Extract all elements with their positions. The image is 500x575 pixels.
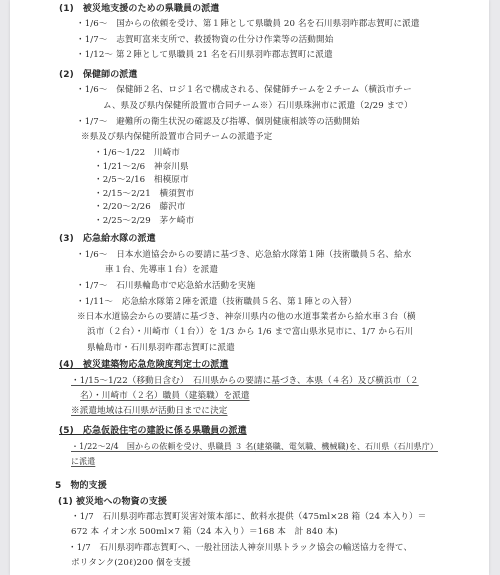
section-1-item: ・1/12～ 第２陣として県職員 21 名を石川県羽咋郡志賀町に派遣 [76,49,333,61]
schedule-item: ・1/21～2/6 神奈川県 [94,161,189,173]
schedule-item: ・2/15～2/21 横須賀市 [94,188,194,200]
document-page: (1) 被災地支援のための県職員の派遣 ・1/6～ 国からの依頼を受け、第１陣と… [10,0,489,575]
schedule-item: ・2/20～2/26 藤沢市 [94,201,186,213]
schedule-item: ・2/5～2/16 相模原市 [94,174,189,186]
section-2-item: ・1/7～ 避難所の衛生状況の確認及び指導、個別健康相談等の活動開始 [76,116,360,128]
section-3-note-continued: 県輪島市・石川県羽咋郡志賀町に派遣 [87,342,235,354]
section-5-heading: (5) 応急仮設住宅の建設に係る県職員の派遣 [59,425,247,437]
section-1-item: ・1/7～ 志賀町富来支所で、救援物資の仕分け作業等の活動開始 [76,34,333,46]
schedule-item: ・2/25～2/29 茅ケ崎市 [94,215,194,227]
section-3-item-continued: 車１台、先導車１台）を派遣 [105,264,218,276]
section-3-note: ※日本水道協会からの要請に基づき、神奈川県内の他の水道事業者から給水車３台（横 [77,311,416,323]
section-1-heading: (1) 被災地支援のための県職員の派遣 [59,3,219,15]
schedule-item: ・1/6～1/22 川崎市 [94,147,180,159]
section-4-note: ※派遣地域は石川県が活動日までに決定 [71,405,228,417]
section-3-note-continued: 浜市（２台）・川崎市（１台））を 1/3 から 1/6 まで富山県氷見市に、1/… [87,326,413,338]
section-5-item-continued: に派遣 [71,456,95,468]
section-3-item: ・1/11～ 応急給水隊第２陣を派遣（技術職員５名、第１陣との入替） [76,296,357,308]
section-2-item-continued: ム、県及び県内保健所設置市合同チーム※）石川県珠洲市に派遣（2/29 まで） [103,100,413,112]
section-2-heading: (2) 保健師の派遣 [59,69,138,81]
section-5-item: ・1/22～2/4 国からの依頼を受け、県職員 ３ 名(建築職、電気職、機械職)… [71,441,438,453]
section-1-item: ・1/6～ 国からの依頼を受け、第１陣として県職員 20 名を石川県羽咋郡志賀町… [76,18,420,30]
chapter-5-item: ・1/7 石川県羽咋郡志賀町へ、一般社団法人神奈川県トラック協会の輸送協力を得て… [68,542,412,554]
section-4-item-continued: 名）・川崎市（２名）職員（建築職）を派遣 [80,390,250,402]
chapter-5-item-continued: ポリタンク(20ℓ)200 個を支援 [71,557,191,569]
section-3-item: ・1/6～ 日本水道協会からの要請に基づき、応急給水隊第１陣（技術職員５名、給水 [76,249,411,261]
section-4-item: ・1/15～1/22（移動日含む） 石川県からの要請に基づき、本県（４名）及び横… [71,375,419,387]
section-2-item: ・1/6～ 保健師２名、ロジ１名で構成される、保健師チームを２チーム（横浜市チー [76,84,412,96]
section-3-item: ・1/7～ 石川県輪島市で応急給水活動を実施 [76,280,255,292]
chapter-5-item: ・1/7 石川県羽咋郡志賀町災害対策本部に、飲料水提供（475ml×28 箱（2… [71,511,426,523]
section-3-heading: (3) 応急給水隊の派遣 [59,233,156,245]
chapter-5-heading: 5 物的支援 [55,480,107,492]
chapter-5-item-continued: 672 本 イオン水 500ml×7 箱（24 本入り）＝168 本 計 840… [71,526,338,538]
chapter-5-subheading: (1) 被災地への物資の支援 [58,496,167,508]
section-4-heading: (4) 被災建築物応急危険度判定士の派遣 [59,359,229,371]
section-2-note: ※県及び県内保健所設置市合同チームの派遣予定 [81,131,272,143]
